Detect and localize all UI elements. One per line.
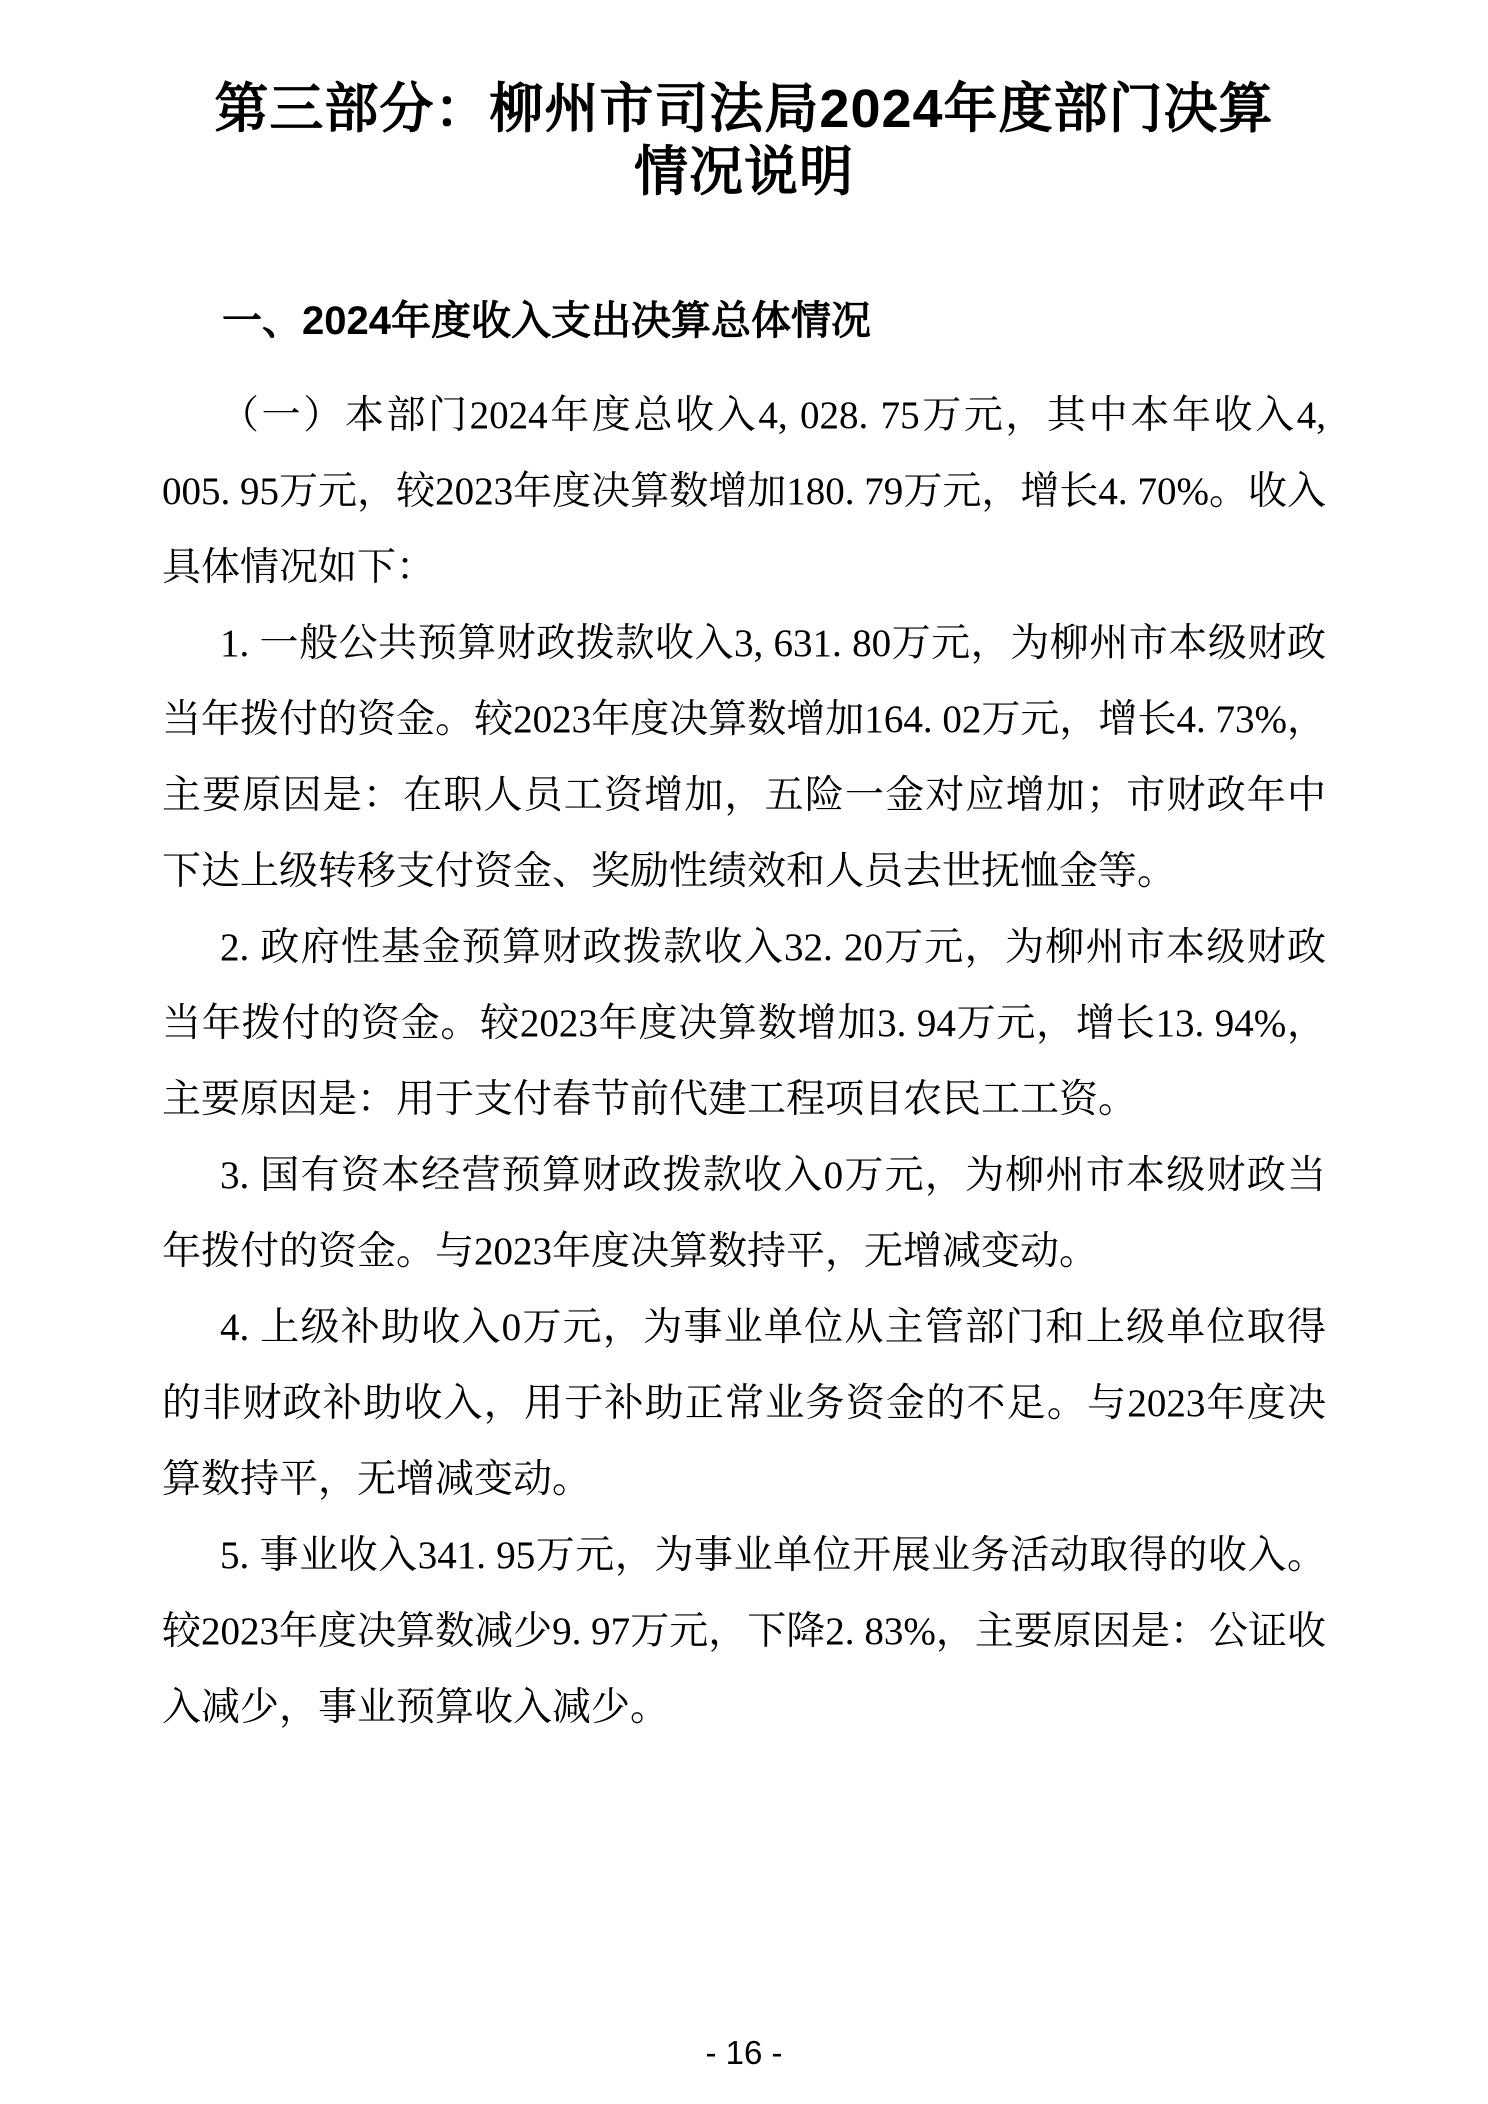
paragraph-overview: （一）本部门2024年度总收入4, 028. 75万元，其中本年收入4, 005…: [162, 378, 1326, 606]
page-number: - 16 -: [0, 2034, 1488, 2072]
document-title-line1: 第三部分：柳州市司法局2024年度部门决算: [214, 79, 1273, 139]
paragraph-item-4-superior-subsidy: 4. 上级补助收入0万元，为事业单位从主管部门和上级单位取得的非财政补助收入，用…: [162, 1290, 1326, 1518]
document-body: （一）本部门2024年度总收入4, 028. 75万元，其中本年收入4, 005…: [162, 378, 1326, 1746]
paragraph-item-3-state-capital: 3. 国有资本经营预算财政拨款收入0万元，为柳州市本级财政当年拨付的资金。与20…: [162, 1138, 1326, 1290]
section-heading: 一、2024年度收入支出决算总体情况: [162, 296, 1326, 346]
document-title-line2: 情况说明: [634, 142, 854, 202]
paragraph-item-2-government-fund: 2. 政府性基金预算财政拨款收入32. 20万元，为柳州市本级财政当年拨付的资金…: [162, 910, 1326, 1138]
paragraph-item-5-business-income: 5. 事业收入341. 95万元，为事业单位开展业务活动取得的收入。较2023年…: [162, 1518, 1326, 1746]
document-page: 第三部分：柳州市司法局2024年度部门决算 情况说明 一、2024年度收入支出决…: [0, 0, 1488, 2104]
document-title: 第三部分：柳州市司法局2024年度部门决算 情况说明: [162, 78, 1326, 204]
paragraph-item-1-general-public-budget: 1. 一般公共预算财政拨款收入3, 631. 80万元，为柳州市本级财政当年拨付…: [162, 606, 1326, 910]
